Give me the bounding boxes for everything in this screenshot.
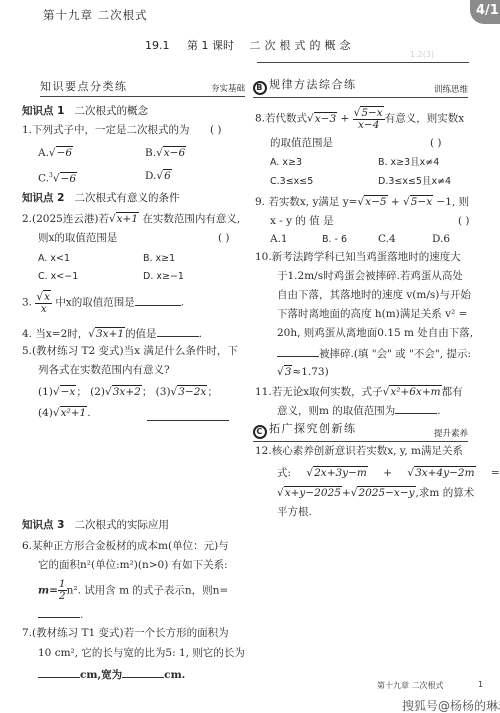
section-title: 知识要点分类练 (40, 78, 128, 94)
question-7-line3: cm,宽为cm. (38, 667, 185, 682)
question-6-line1: 6.某种正方形合金板材的成本m(单位：元)与 (22, 540, 229, 553)
question-3: 3. √xx 中x的取值范围是. (22, 290, 184, 315)
q8-option-a[interactable]: A. x≥3 (270, 156, 302, 169)
answer-paren[interactable]: ( ) (210, 124, 222, 137)
question-10-line6: 被摔碎.(填 "会" 或 "不会", 提示: (277, 346, 471, 361)
question-5-item4: (4)√x²+1. (38, 406, 91, 420)
footer-chapter: 第十九章 二次根式 (377, 680, 444, 691)
question-7-line2: 10 cm², 它的长与宽的比为5: 1, 则它的长为 (38, 647, 245, 660)
question-10-line2: 于1.2m/s时鸡蛋会被摔碎.若鸡蛋从高处 (277, 270, 463, 283)
section-header-basic: 知识要点分类练 夯实基础 (40, 78, 245, 97)
question-5-items: (1)√−x； (2)√3x+2； (3)√3−2x； (38, 385, 218, 399)
question-9-stem: 9. 若实数x, y满足 y=√x−5 + √5−x −1, 则 (255, 195, 469, 209)
answer-blank[interactable] (157, 326, 199, 337)
q2-option-a[interactable]: A. x<1 (38, 252, 70, 265)
q9-option-b[interactable]: B. - 6 (322, 233, 347, 246)
answer-blank[interactable] (147, 410, 229, 421)
question-10-line3: 自由下落，其落地时的速度 v(m/s)与开始 (277, 289, 471, 302)
question-6-line3: m=12n². 试用含 m 的式子表示n，则n= (38, 579, 228, 602)
question-12-line2: 式: √2x+3y−m + √3x+4y−2m = (277, 466, 500, 480)
question-1-stem: 1.下列式子中，一定是二次根式的为 (22, 124, 190, 137)
q8-option-c[interactable]: C.3≤x≤5 (270, 175, 313, 188)
question-10-line5: 20h, 则鸡蛋从离地面0.15 m 处自由下落, (277, 327, 473, 340)
question-10-line4: 下落时离地面的高度 h(m)满足关系 v² = (277, 308, 467, 321)
knowledge-point-1: 知识点 1二次根式的概念 (22, 103, 148, 118)
page-counter-badge[interactable]: 4/1 (470, 0, 500, 24)
q8-option-b[interactable]: B. x≥3且x≠4 (378, 156, 439, 169)
section-title: B规律方法综合练 (253, 76, 357, 95)
q1-option-d[interactable]: D.√6 (145, 169, 172, 183)
question-5-line1: 5.(教材练习 T2 变式)当x 满足什么条件时，下 (22, 345, 238, 358)
q9-option-a[interactable]: A.1 (270, 233, 288, 246)
question-7-line1: 7.(教材练习 T1 变式)若一个长方形的面积为 (22, 627, 229, 640)
page-number: 1 (478, 680, 483, 689)
question-5-line2: 列各式在实数范围内有意义? (38, 364, 170, 377)
answer-blank[interactable] (38, 607, 80, 618)
question-8-line2: 的取值范围是 (270, 137, 333, 150)
question-10-line1: 10.新考法跨学科已知当鸡蛋落地时的速度大 (255, 251, 461, 264)
q9-option-d[interactable]: D.6 (432, 233, 450, 246)
watermark: 搜狐号@杨杨的琳琳 (402, 697, 500, 713)
section-header-methods: B规律方法综合练 训练思维 (253, 76, 468, 98)
section-tag: 提升素养 (434, 427, 468, 439)
question-2-stem: 2.(2025连云港)若√x+1 在实数范围内有意义, (22, 212, 240, 226)
question-12-line1: 12.核心素养创新意识若实数x, y, m满足关系 (255, 445, 463, 458)
answer-blank[interactable] (135, 295, 181, 306)
answer-paren[interactable]: ( ) (430, 137, 442, 150)
lesson-period: 第 1 课时 (187, 39, 234, 52)
q2-option-d[interactable]: D. x≥−1 (143, 270, 184, 283)
knowledge-point-3: 知识点 3二次根式的实际应用 (22, 517, 169, 532)
question-12-line3: √x+y−2025+√2025−x−y,求m 的算术 (277, 486, 474, 500)
q1-option-b[interactable]: B.√x−6 (145, 146, 186, 160)
width-blank[interactable] (122, 667, 164, 678)
ghost-logo: 1.2(3) (410, 50, 434, 59)
q8-option-d[interactable]: D.3≤x≤5且x≠4 (378, 175, 451, 188)
q2-option-c[interactable]: C. x<−1 (38, 270, 78, 283)
question-8-stem: 8.若代数式√x−3 + √5−xx−4有意义，则实数x (255, 106, 464, 131)
chapter-heading: 第十九章 二次根式 (43, 7, 148, 23)
circle-b-icon: B (253, 81, 267, 95)
length-blank[interactable] (38, 667, 80, 678)
answer-blank[interactable] (277, 346, 319, 357)
answer-paren[interactable]: ( ) (458, 215, 470, 228)
lesson-number: 19.1 (145, 39, 170, 52)
q1-option-c[interactable]: C.3√−6 (38, 169, 77, 186)
question-6-answer: . (38, 607, 83, 622)
section-title: C拓广探究创新练 (253, 420, 357, 439)
section-header-extension: C拓广探究创新练 提升素养 (253, 420, 468, 442)
q9-option-c[interactable]: C.4 (378, 233, 396, 246)
question-9-line2: x - y 的 值 是 (270, 215, 334, 228)
question-4: 4. 当x=2时，√3x+1的值是. (22, 326, 202, 341)
question-12-line4: 平方根. (277, 506, 312, 519)
question-6-line2: 它的面积n²(单位:m²)(n>0) 有如下关系: (38, 559, 228, 572)
question-10-line7: √3≈1.73) (277, 365, 329, 379)
question-11-line2: 意义，则m 的取值范围为. (277, 403, 441, 418)
answer-blank[interactable] (395, 403, 437, 414)
question-11-stem: 11.若无论x取何实数，式子√x²+6x+m都有 (255, 385, 463, 399)
q1-option-a[interactable]: A.√−6 (38, 146, 73, 160)
answer-paren[interactable]: ( ) (218, 232, 230, 245)
lesson-title: 19.1 第 1 课时 二次根式的概念 (145, 37, 355, 53)
q2-option-b[interactable]: B. x≥1 (143, 252, 175, 265)
question-2-line2: 则x的取值范围是 (38, 232, 117, 245)
lesson-name: 二次根式的概念 (250, 39, 355, 52)
section-tag: 训练思维 (434, 83, 468, 95)
title-divider (257, 62, 469, 63)
section-tag: 夯实基础 (211, 82, 245, 94)
knowledge-point-2: 知识点 2二次根式有意义的条件 (22, 190, 179, 205)
circle-c-icon: C (253, 425, 267, 439)
